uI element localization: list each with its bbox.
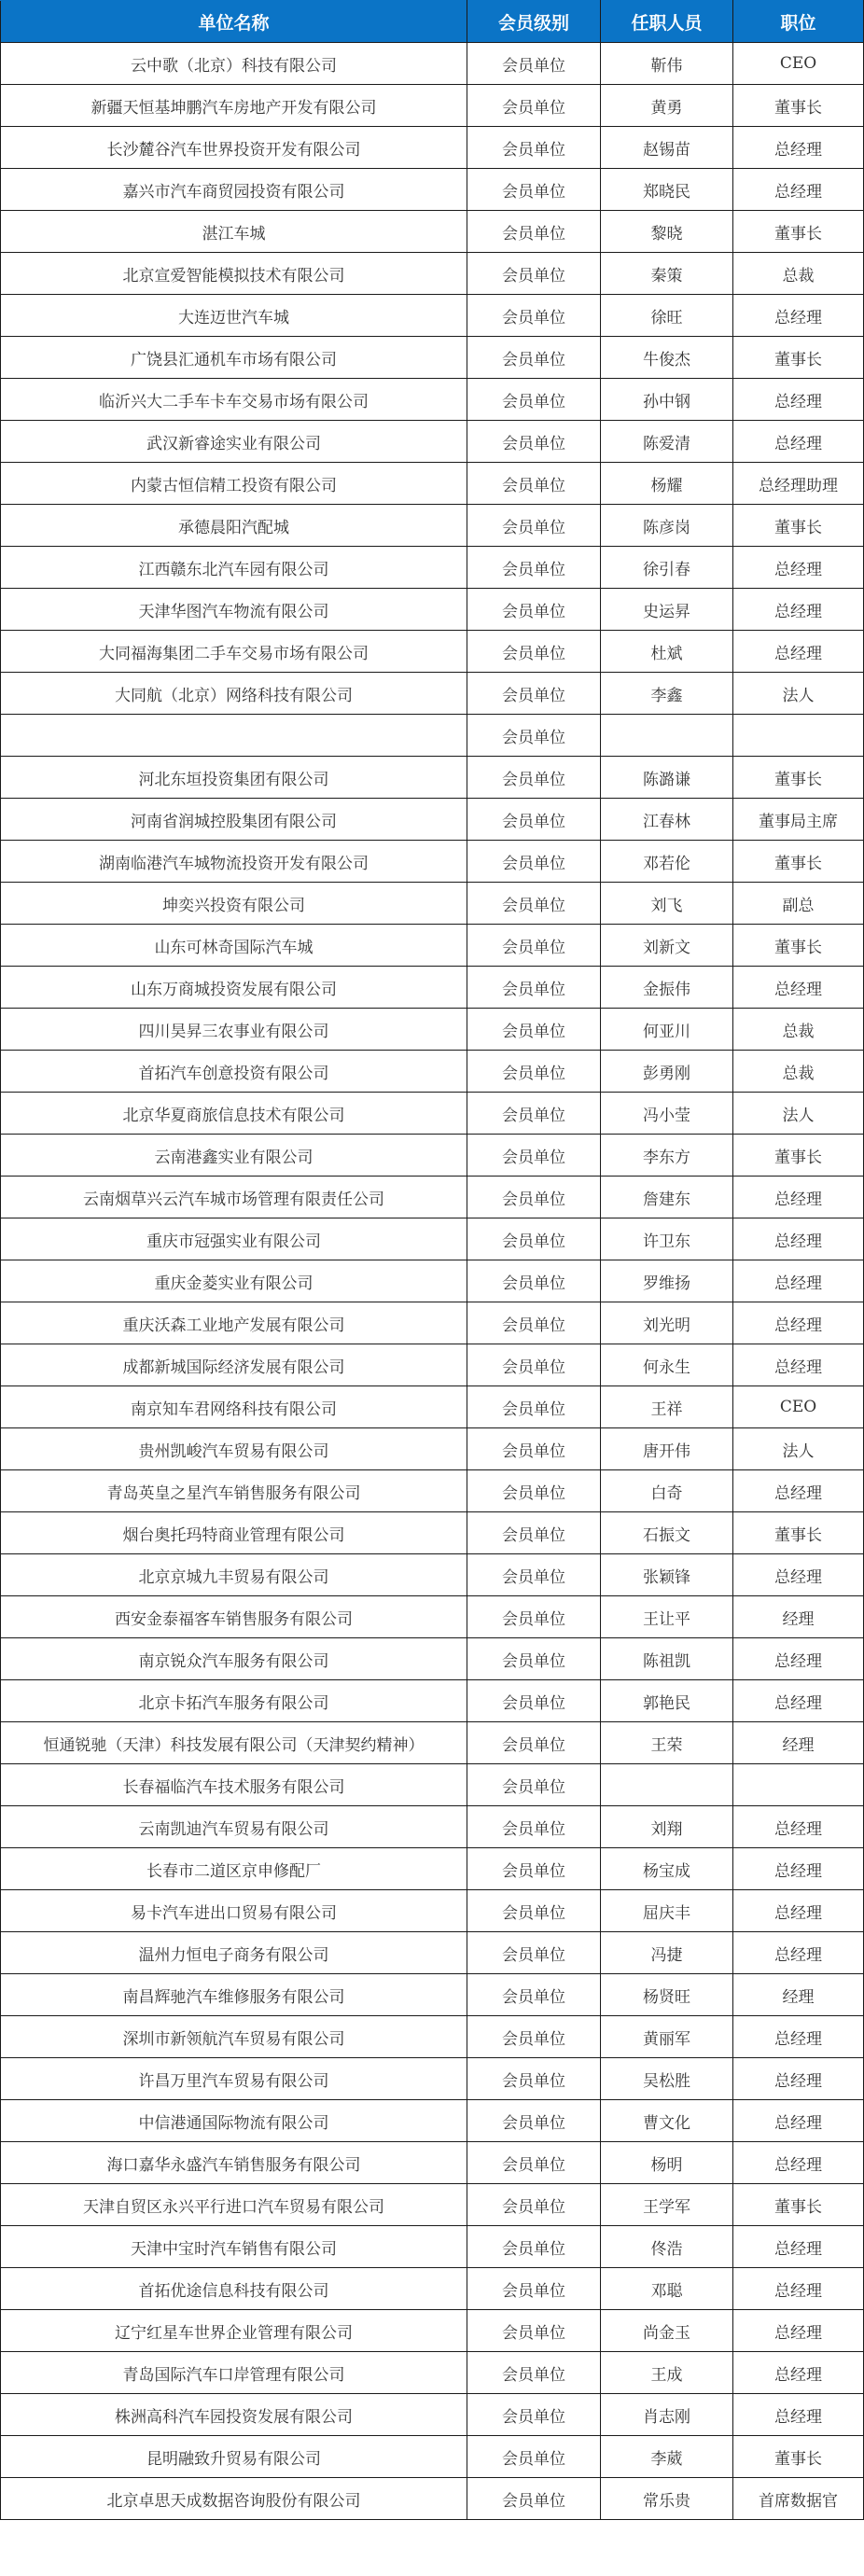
cell-member-level: 会员单位 — [467, 2142, 601, 2184]
cell-position: 总经理 — [733, 2352, 864, 2394]
cell-position: 法人 — [733, 1093, 864, 1135]
column-header-person: 任职人员 — [601, 1, 733, 43]
cell-position: 总经理 — [733, 1680, 864, 1722]
cell-company-name: 临沂兴大二手车卡车交易市场有限公司 — [1, 379, 467, 421]
cell-company-name: 广饶县汇通机车市场有限公司 — [1, 337, 467, 379]
cell-person: 何永生 — [601, 1344, 733, 1386]
table-row: 云南烟草兴云汽车城市场管理有限责任公司会员单位詹建东总经理 — [1, 1177, 864, 1218]
cell-person: 秦策 — [601, 253, 733, 295]
cell-member-level: 会员单位 — [467, 1638, 601, 1680]
cell-position: 总经理 — [733, 1848, 864, 1890]
table-row: 内蒙古恒信精工投资有限公司会员单位杨耀总经理助理 — [1, 463, 864, 505]
cell-company-name: 中信港通国际物流有限公司 — [1, 2100, 467, 2142]
cell-member-level: 会员单位 — [467, 379, 601, 421]
cell-member-level: 会员单位 — [467, 1428, 601, 1470]
table-row: 深圳市新领航汽车贸易有限公司会员单位黄丽军总经理 — [1, 2016, 864, 2058]
table-row: 大同福海集团二手车交易市场有限公司会员单位杜斌总经理 — [1, 631, 864, 673]
cell-person: 杨耀 — [601, 463, 733, 505]
table-row: 广饶县汇通机车市场有限公司会员单位牛俊杰董事长 — [1, 337, 864, 379]
cell-position: 总经理 — [733, 2142, 864, 2184]
cell-company-name: 烟台奥托玛特商业管理有限公司 — [1, 1512, 467, 1554]
cell-member-level: 会员单位 — [467, 2352, 601, 2394]
table-row: 坤奕兴投资有限公司会员单位刘飞副总 — [1, 883, 864, 925]
cell-company-name: 首拓汽车创意投资有限公司 — [1, 1051, 467, 1093]
cell-position: 总经理 — [733, 169, 864, 211]
cell-person: 佟浩 — [601, 2226, 733, 2268]
cell-company-name — [1, 715, 467, 757]
cell-position: 总裁 — [733, 1051, 864, 1093]
cell-position: 法人 — [733, 1428, 864, 1470]
cell-company-name: 西安金泰福客车销售服务有限公司 — [1, 1596, 467, 1638]
cell-position: 董事长 — [733, 85, 864, 127]
table-row: 长春福临汽车技术服务有限公司会员单位 — [1, 1764, 864, 1806]
table-row: 天津华图汽车物流有限公司会员单位史运昇总经理 — [1, 589, 864, 631]
table-row: 易卡汽车进出口贸易有限公司会员单位屈庆丰总经理 — [1, 1890, 864, 1932]
cell-person: 刘翔 — [601, 1806, 733, 1848]
cell-company-name: 坤奕兴投资有限公司 — [1, 883, 467, 925]
cell-person: 尚金玉 — [601, 2310, 733, 2352]
cell-member-level: 会员单位 — [467, 1932, 601, 1974]
table-row: 长沙麓谷汽车世界投资开发有限公司会员单位赵锡苗总经理 — [1, 127, 864, 169]
cell-position: 总经理 — [733, 1554, 864, 1596]
cell-position: 总裁 — [733, 253, 864, 295]
table-row: 首拓汽车创意投资有限公司会员单位彭勇刚总裁 — [1, 1051, 864, 1093]
cell-position: 董事长 — [733, 211, 864, 253]
cell-position: CEO — [733, 43, 864, 85]
cell-position: 总经理 — [733, 2310, 864, 2352]
cell-company-name: 南京锐众汽车服务有限公司 — [1, 1638, 467, 1680]
table-row: 江西赣东北汽车园有限公司会员单位徐引春总经理 — [1, 547, 864, 589]
table-row: 重庆沃森工业地产发展有限公司会员单位刘光明总经理 — [1, 1302, 864, 1344]
cell-position: 总经理 — [733, 589, 864, 631]
table-row: 许昌万里汽车贸易有限公司会员单位吴松胜总经理 — [1, 2058, 864, 2100]
table-row: 北京卡拓汽车服务有限公司会员单位郭艳民总经理 — [1, 1680, 864, 1722]
cell-member-level: 会员单位 — [467, 2226, 601, 2268]
cell-company-name: 江西赣东北汽车园有限公司 — [1, 547, 467, 589]
cell-person: 罗维扬 — [601, 1260, 733, 1302]
table-row: 北京卓思天成数据咨询股份有限公司会员单位常乐贵首席数据官 — [1, 2478, 864, 2520]
cell-member-level: 会员单位 — [467, 1386, 601, 1428]
cell-company-name: 云中歌（北京）科技有限公司 — [1, 43, 467, 85]
cell-position: 经理 — [733, 1722, 864, 1764]
cell-position: 总裁 — [733, 1009, 864, 1051]
table-row: 武汉新睿途实业有限公司会员单位陈爱清总经理 — [1, 421, 864, 463]
cell-company-name: 重庆市冠强实业有限公司 — [1, 1218, 467, 1260]
cell-position: 总经理 — [733, 1470, 864, 1512]
cell-position: 总经理 — [733, 1638, 864, 1680]
cell-position: 总经理 — [733, 2226, 864, 2268]
cell-person: 曹文化 — [601, 2100, 733, 2142]
cell-member-level: 会员单位 — [467, 2184, 601, 2226]
cell-position: 董事长 — [733, 757, 864, 799]
cell-company-name: 许昌万里汽车贸易有限公司 — [1, 2058, 467, 2100]
cell-company-name: 南昌辉驰汽车维修服务有限公司 — [1, 1974, 467, 2016]
cell-position: CEO — [733, 1386, 864, 1428]
cell-member-level: 会员单位 — [467, 1470, 601, 1512]
cell-member-level: 会员单位 — [467, 1512, 601, 1554]
table-row: 北京华夏商旅信息技术有限公司会员单位冯小莹法人 — [1, 1093, 864, 1135]
column-header-company: 单位名称 — [1, 1, 467, 43]
cell-position: 总经理 — [733, 2058, 864, 2100]
cell-person: 彭勇刚 — [601, 1051, 733, 1093]
cell-person: 冯小莹 — [601, 1093, 733, 1135]
cell-person: 屈庆丰 — [601, 1890, 733, 1932]
cell-company-name: 贵州凯峻汽车贸易有限公司 — [1, 1428, 467, 1470]
cell-member-level: 会员单位 — [467, 295, 601, 337]
cell-person: 王荣 — [601, 1722, 733, 1764]
table-row: 山东万商城投资发展有限公司会员单位金振伟总经理 — [1, 967, 864, 1009]
cell-member-level: 会员单位 — [467, 589, 601, 631]
cell-company-name: 大连迈世汽车城 — [1, 295, 467, 337]
cell-person: 王让平 — [601, 1596, 733, 1638]
table-row: 株洲高科汽车园投资发展有限公司会员单位肖志刚总经理 — [1, 2394, 864, 2436]
cell-person: 肖志刚 — [601, 2394, 733, 2436]
table-row: 临沂兴大二手车卡车交易市场有限公司会员单位孙中钢总经理 — [1, 379, 864, 421]
cell-position: 总经理 — [733, 1890, 864, 1932]
cell-person: 詹建东 — [601, 1177, 733, 1218]
cell-member-level: 会员单位 — [467, 2100, 601, 2142]
cell-position: 经理 — [733, 1974, 864, 2016]
cell-position: 法人 — [733, 673, 864, 715]
cell-company-name: 河南省润城控股集团有限公司 — [1, 799, 467, 841]
cell-company-name: 山东万商城投资发展有限公司 — [1, 967, 467, 1009]
cell-company-name: 深圳市新领航汽车贸易有限公司 — [1, 2016, 467, 2058]
cell-company-name: 温州力恒电子商务有限公司 — [1, 1932, 467, 1974]
cell-member-level: 会员单位 — [467, 883, 601, 925]
table-row: 贵州凯峻汽车贸易有限公司会员单位唐开伟法人 — [1, 1428, 864, 1470]
cell-company-name: 易卡汽车进出口贸易有限公司 — [1, 1890, 467, 1932]
table-row: 重庆市冠强实业有限公司会员单位许卫东总经理 — [1, 1218, 864, 1260]
cell-person: 吴松胜 — [601, 2058, 733, 2100]
table-row: 北京宣爱智能模拟技术有限公司会员单位秦策总裁 — [1, 253, 864, 295]
member-table: 单位名称 会员级别 任职人员 职位 云中歌（北京）科技有限公司会员单位靳伟CEO… — [0, 0, 864, 2520]
cell-member-level: 会员单位 — [467, 127, 601, 169]
cell-position: 总经理 — [733, 1344, 864, 1386]
cell-member-level: 会员单位 — [467, 337, 601, 379]
cell-person: 孙中钢 — [601, 379, 733, 421]
cell-position: 总经理 — [733, 631, 864, 673]
table-row: 天津中宝时汽车销售有限公司会员单位佟浩总经理 — [1, 2226, 864, 2268]
table-row: 大同航（北京）网络科技有限公司会员单位李鑫法人 — [1, 673, 864, 715]
cell-person: 郭艳民 — [601, 1680, 733, 1722]
cell-member-level: 会员单位 — [467, 925, 601, 967]
table-row: 南昌辉驰汽车维修服务有限公司会员单位杨贤旺经理 — [1, 1974, 864, 2016]
cell-company-name: 海口嘉华永盛汽车销售服务有限公司 — [1, 2142, 467, 2184]
cell-member-level: 会员单位 — [467, 1722, 601, 1764]
cell-company-name: 云南港鑫实业有限公司 — [1, 1135, 467, 1177]
cell-member-level: 会员单位 — [467, 2016, 601, 2058]
cell-person: 唐开伟 — [601, 1428, 733, 1470]
table-row: 中信港通国际物流有限公司会员单位曹文化总经理 — [1, 2100, 864, 2142]
cell-company-name: 嘉兴市汽车商贸园投资有限公司 — [1, 169, 467, 211]
cell-member-level: 会员单位 — [467, 967, 601, 1009]
cell-person: 史运昇 — [601, 589, 733, 631]
cell-company-name: 重庆金菱实业有限公司 — [1, 1260, 467, 1302]
cell-position: 董事长 — [733, 505, 864, 547]
cell-position: 总经理 — [733, 379, 864, 421]
cell-company-name: 首拓优途信息科技有限公司 — [1, 2268, 467, 2310]
cell-member-level: 会员单位 — [467, 1009, 601, 1051]
cell-company-name: 大同福海集团二手车交易市场有限公司 — [1, 631, 467, 673]
cell-person: 杨贤旺 — [601, 1974, 733, 2016]
cell-person — [601, 715, 733, 757]
cell-position: 总经理 — [733, 547, 864, 589]
cell-member-level: 会员单位 — [467, 85, 601, 127]
table-row: 湛江车城会员单位黎晓董事长 — [1, 211, 864, 253]
cell-position: 总经理 — [733, 2268, 864, 2310]
cell-position: 总经理 — [733, 295, 864, 337]
table-row: 昆明融致升贸易有限公司会员单位李葳董事长 — [1, 2436, 864, 2478]
cell-position: 总经理 — [733, 1302, 864, 1344]
cell-member-level: 会员单位 — [467, 421, 601, 463]
cell-person: 杜斌 — [601, 631, 733, 673]
cell-position: 总经理 — [733, 1932, 864, 1974]
cell-member-level: 会员单位 — [467, 2058, 601, 2100]
cell-company-name: 成都新城国际经济发展有限公司 — [1, 1344, 467, 1386]
table-header: 单位名称 会员级别 任职人员 职位 — [1, 1, 864, 43]
cell-person: 陈爱清 — [601, 421, 733, 463]
cell-position: 董事长 — [733, 841, 864, 883]
cell-position: 董事长 — [733, 337, 864, 379]
cell-position — [733, 1764, 864, 1806]
cell-position: 总经理 — [733, 2016, 864, 2058]
table-row: 云中歌（北京）科技有限公司会员单位靳伟CEO — [1, 43, 864, 85]
cell-company-name: 南京知车君网络科技有限公司 — [1, 1386, 467, 1428]
cell-member-level: 会员单位 — [467, 799, 601, 841]
cell-company-name: 辽宁红星车世界企业管理有限公司 — [1, 2310, 467, 2352]
table-row: 海口嘉华永盛汽车销售服务有限公司会员单位杨明总经理 — [1, 2142, 864, 2184]
cell-member-level: 会员单位 — [467, 1974, 601, 2016]
cell-member-level: 会员单位 — [467, 841, 601, 883]
cell-position: 总经理 — [733, 421, 864, 463]
cell-company-name: 天津中宝时汽车销售有限公司 — [1, 2226, 467, 2268]
cell-member-level: 会员单位 — [467, 463, 601, 505]
cell-company-name: 内蒙古恒信精工投资有限公司 — [1, 463, 467, 505]
table-row: 温州力恒电子商务有限公司会员单位冯捷总经理 — [1, 1932, 864, 1974]
cell-person: 黄勇 — [601, 85, 733, 127]
cell-member-level: 会员单位 — [467, 2436, 601, 2478]
column-header-position: 职位 — [733, 1, 864, 43]
table-row: 四川昊昇三农事业有限公司会员单位何亚川总裁 — [1, 1009, 864, 1051]
cell-position: 总经理 — [733, 967, 864, 1009]
cell-person: 金振伟 — [601, 967, 733, 1009]
column-header-member-level: 会员级别 — [467, 1, 601, 43]
cell-member-level: 会员单位 — [467, 715, 601, 757]
cell-person: 何亚川 — [601, 1009, 733, 1051]
cell-member-level: 会员单位 — [467, 1554, 601, 1596]
cell-person: 徐旺 — [601, 295, 733, 337]
table-row: 北京京城九丰贸易有限公司会员单位张颖锋总经理 — [1, 1554, 864, 1596]
cell-company-name: 云南凯迪汽车贸易有限公司 — [1, 1806, 467, 1848]
cell-member-level: 会员单位 — [467, 631, 601, 673]
table-row: 嘉兴市汽车商贸园投资有限公司会员单位郑晓民总经理 — [1, 169, 864, 211]
cell-position: 总经理 — [733, 1806, 864, 1848]
cell-person: 黄丽军 — [601, 2016, 733, 2058]
cell-person: 石振文 — [601, 1512, 733, 1554]
table-row: 辽宁红星车世界企业管理有限公司会员单位尚金玉总经理 — [1, 2310, 864, 2352]
cell-company-name: 北京卓思天成数据咨询股份有限公司 — [1, 2478, 467, 2520]
cell-member-level: 会员单位 — [467, 757, 601, 799]
cell-person: 江春林 — [601, 799, 733, 841]
cell-position: 首席数据官 — [733, 2478, 864, 2520]
table-row: 云南凯迪汽车贸易有限公司会员单位刘翔总经理 — [1, 1806, 864, 1848]
cell-member-level: 会员单位 — [467, 2310, 601, 2352]
cell-person: 靳伟 — [601, 43, 733, 85]
cell-member-level: 会员单位 — [467, 211, 601, 253]
cell-person: 白奇 — [601, 1470, 733, 1512]
cell-position: 总经理助理 — [733, 463, 864, 505]
table-row: 会员单位 — [1, 715, 864, 757]
table-row: 湖南临港汽车城物流投资开发有限公司会员单位邓若伦董事长 — [1, 841, 864, 883]
cell-company-name: 昆明融致升贸易有限公司 — [1, 2436, 467, 2478]
cell-company-name: 青岛国际汽车口岸管理有限公司 — [1, 2352, 467, 2394]
cell-member-level: 会员单位 — [467, 1596, 601, 1638]
cell-person: 黎晓 — [601, 211, 733, 253]
cell-company-name: 山东可林奇国际汽车城 — [1, 925, 467, 967]
cell-member-level: 会员单位 — [467, 1764, 601, 1806]
cell-company-name: 天津华图汽车物流有限公司 — [1, 589, 467, 631]
cell-company-name: 北京宣爱智能模拟技术有限公司 — [1, 253, 467, 295]
cell-company-name: 湖南临港汽车城物流投资开发有限公司 — [1, 841, 467, 883]
cell-position: 董事长 — [733, 925, 864, 967]
cell-person: 徐引春 — [601, 547, 733, 589]
cell-company-name: 河北东垣投资集团有限公司 — [1, 757, 467, 799]
cell-member-level: 会员单位 — [467, 1302, 601, 1344]
cell-position: 总经理 — [733, 1177, 864, 1218]
table-row: 烟台奥托玛特商业管理有限公司会员单位石振文董事长 — [1, 1512, 864, 1554]
cell-person: 赵锡苗 — [601, 127, 733, 169]
cell-person: 王成 — [601, 2352, 733, 2394]
cell-member-level: 会员单位 — [467, 1051, 601, 1093]
cell-position: 董事长 — [733, 1135, 864, 1177]
cell-person: 刘飞 — [601, 883, 733, 925]
cell-member-level: 会员单位 — [467, 547, 601, 589]
cell-person: 刘光明 — [601, 1302, 733, 1344]
table-row: 河北东垣投资集团有限公司会员单位陈潞谦董事长 — [1, 757, 864, 799]
cell-company-name: 天津自贸区永兴平行进口汽车贸易有限公司 — [1, 2184, 467, 2226]
cell-person — [601, 1764, 733, 1806]
cell-position: 经理 — [733, 1596, 864, 1638]
table-row: 南京知车君网络科技有限公司会员单位王祥CEO — [1, 1386, 864, 1428]
cell-person: 邓聪 — [601, 2268, 733, 2310]
cell-company-name: 株洲高科汽车园投资发展有限公司 — [1, 2394, 467, 2436]
cell-position: 董事长 — [733, 2184, 864, 2226]
cell-company-name: 新疆天恒基坤鹏汽车房地产开发有限公司 — [1, 85, 467, 127]
cell-company-name: 承德晨阳汽配城 — [1, 505, 467, 547]
table-row: 重庆金菱实业有限公司会员单位罗维扬总经理 — [1, 1260, 864, 1302]
cell-member-level: 会员单位 — [467, 673, 601, 715]
cell-company-name: 武汉新睿途实业有限公司 — [1, 421, 467, 463]
cell-position: 总经理 — [733, 1260, 864, 1302]
cell-person: 郑晓民 — [601, 169, 733, 211]
table-row: 承德晨阳汽配城会员单位陈彦岗董事长 — [1, 505, 864, 547]
cell-member-level: 会员单位 — [467, 1260, 601, 1302]
table-row: 恒通锐驰（天津）科技发展有限公司（天津契约精神）会员单位王荣经理 — [1, 1722, 864, 1764]
cell-person: 王学军 — [601, 2184, 733, 2226]
cell-position: 副总 — [733, 883, 864, 925]
cell-company-name: 北京京城九丰贸易有限公司 — [1, 1554, 467, 1596]
table-row: 长春市二道区京申修配厂会员单位杨宝成总经理 — [1, 1848, 864, 1890]
cell-person: 陈祖凯 — [601, 1638, 733, 1680]
table-row: 大连迈世汽车城会员单位徐旺总经理 — [1, 295, 864, 337]
cell-member-level: 会员单位 — [467, 169, 601, 211]
cell-member-level: 会员单位 — [467, 1177, 601, 1218]
table-row: 天津自贸区永兴平行进口汽车贸易有限公司会员单位王学军董事长 — [1, 2184, 864, 2226]
cell-member-level: 会员单位 — [467, 1848, 601, 1890]
cell-position: 总经理 — [733, 2394, 864, 2436]
cell-company-name: 湛江车城 — [1, 211, 467, 253]
table-row: 新疆天恒基坤鹏汽车房地产开发有限公司会员单位黄勇董事长 — [1, 85, 864, 127]
cell-company-name: 重庆沃森工业地产发展有限公司 — [1, 1302, 467, 1344]
cell-position: 总经理 — [733, 127, 864, 169]
cell-person: 许卫东 — [601, 1218, 733, 1260]
cell-person: 李葳 — [601, 2436, 733, 2478]
cell-member-level: 会员单位 — [467, 1218, 601, 1260]
cell-person: 冯捷 — [601, 1932, 733, 1974]
cell-position: 总经理 — [733, 2100, 864, 2142]
table-row: 山东可林奇国际汽车城会员单位刘新文董事长 — [1, 925, 864, 967]
cell-person: 李东方 — [601, 1135, 733, 1177]
cell-member-level: 会员单位 — [467, 1344, 601, 1386]
cell-person: 张颖锋 — [601, 1554, 733, 1596]
cell-person: 杨明 — [601, 2142, 733, 2184]
cell-person: 陈潞谦 — [601, 757, 733, 799]
cell-company-name: 长沙麓谷汽车世界投资开发有限公司 — [1, 127, 467, 169]
cell-member-level: 会员单位 — [467, 1093, 601, 1135]
cell-member-level: 会员单位 — [467, 505, 601, 547]
cell-position — [733, 715, 864, 757]
cell-member-level: 会员单位 — [467, 1806, 601, 1848]
cell-member-level: 会员单位 — [467, 2268, 601, 2310]
cell-member-level: 会员单位 — [467, 2478, 601, 2520]
cell-company-name: 长春市二道区京申修配厂 — [1, 1848, 467, 1890]
cell-position: 董事长 — [733, 1512, 864, 1554]
cell-person: 刘新文 — [601, 925, 733, 967]
table-row: 成都新城国际经济发展有限公司会员单位何永生总经理 — [1, 1344, 864, 1386]
cell-person: 杨宝成 — [601, 1848, 733, 1890]
table-row: 青岛英皇之星汽车销售服务有限公司会员单位白奇总经理 — [1, 1470, 864, 1512]
cell-company-name: 北京卡拓汽车服务有限公司 — [1, 1680, 467, 1722]
table-row: 西安金泰福客车销售服务有限公司会员单位王让平经理 — [1, 1596, 864, 1638]
table-row: 青岛国际汽车口岸管理有限公司会员单位王成总经理 — [1, 2352, 864, 2394]
table-row: 首拓优途信息科技有限公司会员单位邓聪总经理 — [1, 2268, 864, 2310]
cell-company-name: 云南烟草兴云汽车城市场管理有限责任公司 — [1, 1177, 467, 1218]
table-body: 云中歌（北京）科技有限公司会员单位靳伟CEO新疆天恒基坤鹏汽车房地产开发有限公司… — [1, 43, 864, 2520]
cell-position: 董事局主席 — [733, 799, 864, 841]
cell-person: 李鑫 — [601, 673, 733, 715]
cell-position: 董事长 — [733, 2436, 864, 2478]
cell-member-level: 会员单位 — [467, 1135, 601, 1177]
cell-person: 常乐贵 — [601, 2478, 733, 2520]
cell-company-name: 北京华夏商旅信息技术有限公司 — [1, 1093, 467, 1135]
cell-person: 牛俊杰 — [601, 337, 733, 379]
cell-person: 王祥 — [601, 1386, 733, 1428]
cell-member-level: 会员单位 — [467, 1890, 601, 1932]
cell-company-name: 恒通锐驰（天津）科技发展有限公司（天津契约精神） — [1, 1722, 467, 1764]
cell-company-name: 长春福临汽车技术服务有限公司 — [1, 1764, 467, 1806]
header-row: 单位名称 会员级别 任职人员 职位 — [1, 1, 864, 43]
table-row: 南京锐众汽车服务有限公司会员单位陈祖凯总经理 — [1, 1638, 864, 1680]
table-row: 云南港鑫实业有限公司会员单位李东方董事长 — [1, 1135, 864, 1177]
cell-person: 陈彦岗 — [601, 505, 733, 547]
cell-member-level: 会员单位 — [467, 1680, 601, 1722]
cell-company-name: 四川昊昇三农事业有限公司 — [1, 1009, 467, 1051]
cell-company-name: 大同航（北京）网络科技有限公司 — [1, 673, 467, 715]
cell-position: 总经理 — [733, 1218, 864, 1260]
cell-member-level: 会员单位 — [467, 2394, 601, 2436]
cell-member-level: 会员单位 — [467, 43, 601, 85]
cell-person: 邓若伦 — [601, 841, 733, 883]
